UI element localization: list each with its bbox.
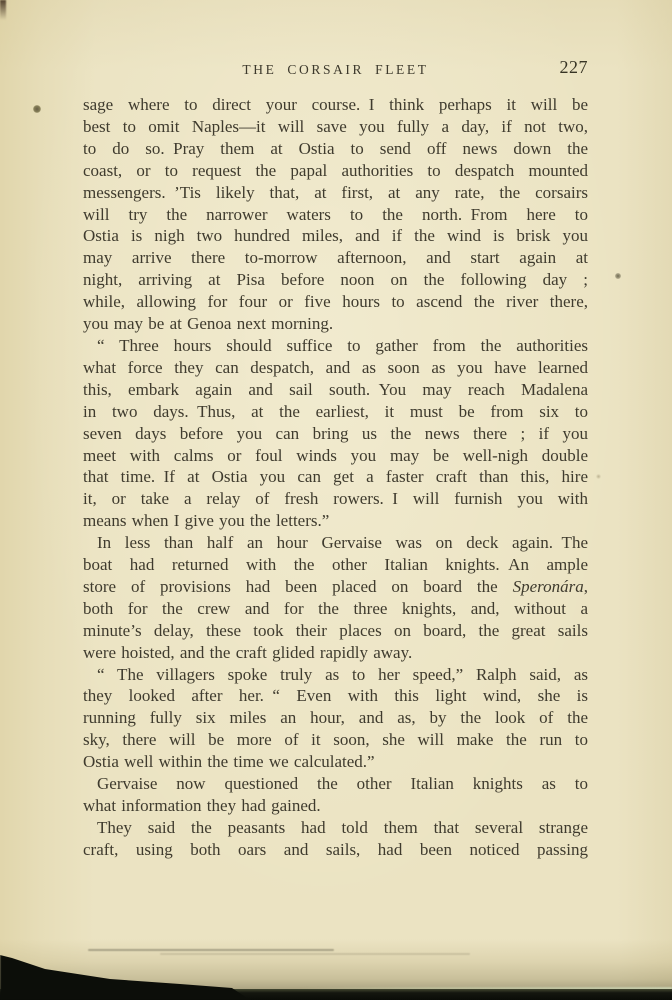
text-line: sky, there will be more of it soon, she … [83,729,588,751]
text-line: what force they can despatch, and as soo… [83,357,588,379]
page-header: THE CORSAIR FLEET 227 [83,58,588,84]
text-line: coast, or to request the papal authoriti… [83,160,588,182]
text-line: will try the narrower waters to the nort… [83,204,588,226]
text-line: Ostia well within the time we calculated… [83,751,588,773]
text-line: to do so. Pray them at Ostia to send off… [83,138,588,160]
text-line: In less than half an hour Gervaise was o… [83,532,588,554]
paragraph: Gervaise now questioned the other Italia… [83,773,588,817]
scan-edge-bottom-left [0,954,260,1000]
text-line: boat had returned with the other Italian… [83,554,588,576]
text-line: running fully six miles an hour, and as,… [83,707,588,729]
text-line: “ Three hours should suffice to gather f… [83,335,588,357]
paragraph: In less than half an hour Gervaise was o… [83,532,588,663]
scan-corner-mark [0,0,6,20]
text-line: what information they had gained. [83,795,588,817]
scan-edge-bottom [0,989,672,1000]
text-line: best to omit Naples—it will save you ful… [83,116,588,138]
paper-speck [615,273,621,279]
text-line: craft, using both oars and sails, had be… [83,839,588,861]
page-number: 227 [560,57,589,78]
text-line: store of provisions had been placed on b… [83,576,588,598]
text-line: in two days. Thus, at the earliest, it m… [83,401,588,423]
paragraph: “ The villagers spoke truly as to her sp… [83,664,588,774]
text-line: that time. If at Ostia you can get a fas… [83,466,588,488]
paragraph: They said the peasants had told them tha… [83,817,588,861]
book-page-scan: THE CORSAIR FLEET 227 sage where to dire… [0,0,672,1000]
running-title: THE CORSAIR FLEET [242,62,428,78]
text-line: minute’s delay, these took their places … [83,620,588,642]
text-line: They said the peasants had told them tha… [83,817,588,839]
page-edge-line [88,949,334,951]
text-line: it, or take a relay of fresh rowers. I w… [83,488,588,510]
page-edge-line [160,953,470,955]
text-line: may arrive there to-morrow afternoon, an… [83,247,588,269]
text-line: you may be at Genoa next morning. [83,313,588,335]
text-line: this, embark again and sail south. You m… [83,379,588,401]
text-line: meet with calms or foul winds you may be… [83,445,588,467]
text-line: Ostia is nigh two hundred miles, and if … [83,225,588,247]
text-line: both for the crew and for the three knig… [83,598,588,620]
text-line: sage where to direct your course. I thin… [83,94,588,116]
text-line: they looked after her. “ Even with this … [83,685,588,707]
page-curl-shadow [0,939,672,989]
paper-speck [33,105,41,113]
text-line: messengers. ’Tis likely that, at first, … [83,182,588,204]
text-line: were hoisted, and the craft glided rapid… [83,642,588,664]
body-text: sage where to direct your course. I thin… [83,94,588,861]
paragraph: sage where to direct your course. I thin… [83,94,588,335]
paper-speck [596,474,601,479]
text-line: Gervaise now questioned the other Italia… [83,773,588,795]
text-line: “ The villagers spoke truly as to her sp… [83,664,588,686]
text-line: night, arriving at Pisa before noon on t… [83,269,588,291]
text-line: while, allowing for four or five hours t… [83,291,588,313]
text-line: means when I give you the letters.” [83,510,588,532]
text-line: seven days before you can bring us the n… [83,423,588,445]
page-edge-highlight [300,987,672,990]
paragraph: “ Three hours should suffice to gather f… [83,335,588,532]
